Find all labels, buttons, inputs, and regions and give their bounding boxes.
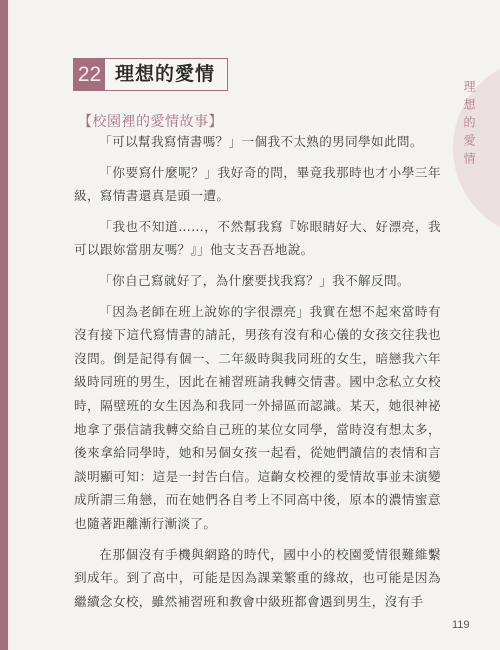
paragraph: 「因為老師在班上說妳的字很漂亮」我實在想不起來當時有沒有接下這代寫情書的請託，男… <box>74 300 441 536</box>
body-text: 「可以幫我寫情書嗎？」一個我不太熟的男同學如此問。 「你要寫什麼呢？」我好奇的問… <box>74 130 441 620</box>
paragraph: 「可以幫我寫情書嗎？」一個我不太熟的男同學如此問。 <box>74 130 441 154</box>
paragraph: 在那個沒有手機與網路的時代，國中小的校園愛情很難維繫到成年。到了高中，可能是因為… <box>74 543 441 614</box>
chapter-title: 理想的愛情 <box>105 59 227 90</box>
paragraph: 「你自己寫就好了，為什麼要找我寫？」我不解反問。 <box>74 269 441 293</box>
paragraph: 「你要寫什麼呢？」我好奇的問，畢竟我那時也才小學三年級，寫情書還真是頭一遭。 <box>74 161 441 208</box>
left-accent-bar <box>0 0 8 650</box>
section-subtitle: 【校園裡的愛情故事】 <box>78 111 223 131</box>
paragraph: 「我也不知道……，不然幫我寫『妳眼睛好大、好漂亮，我可以跟妳當朋友嗎？』」他支支… <box>74 215 441 262</box>
page-number: 119 <box>452 619 470 631</box>
chapter-heading: 22 理想的愛情 <box>73 58 228 91</box>
chapter-number: 22 <box>74 59 105 90</box>
left-bar-edge <box>8 0 10 650</box>
side-chapter-label: 理想的愛情 <box>464 80 478 170</box>
